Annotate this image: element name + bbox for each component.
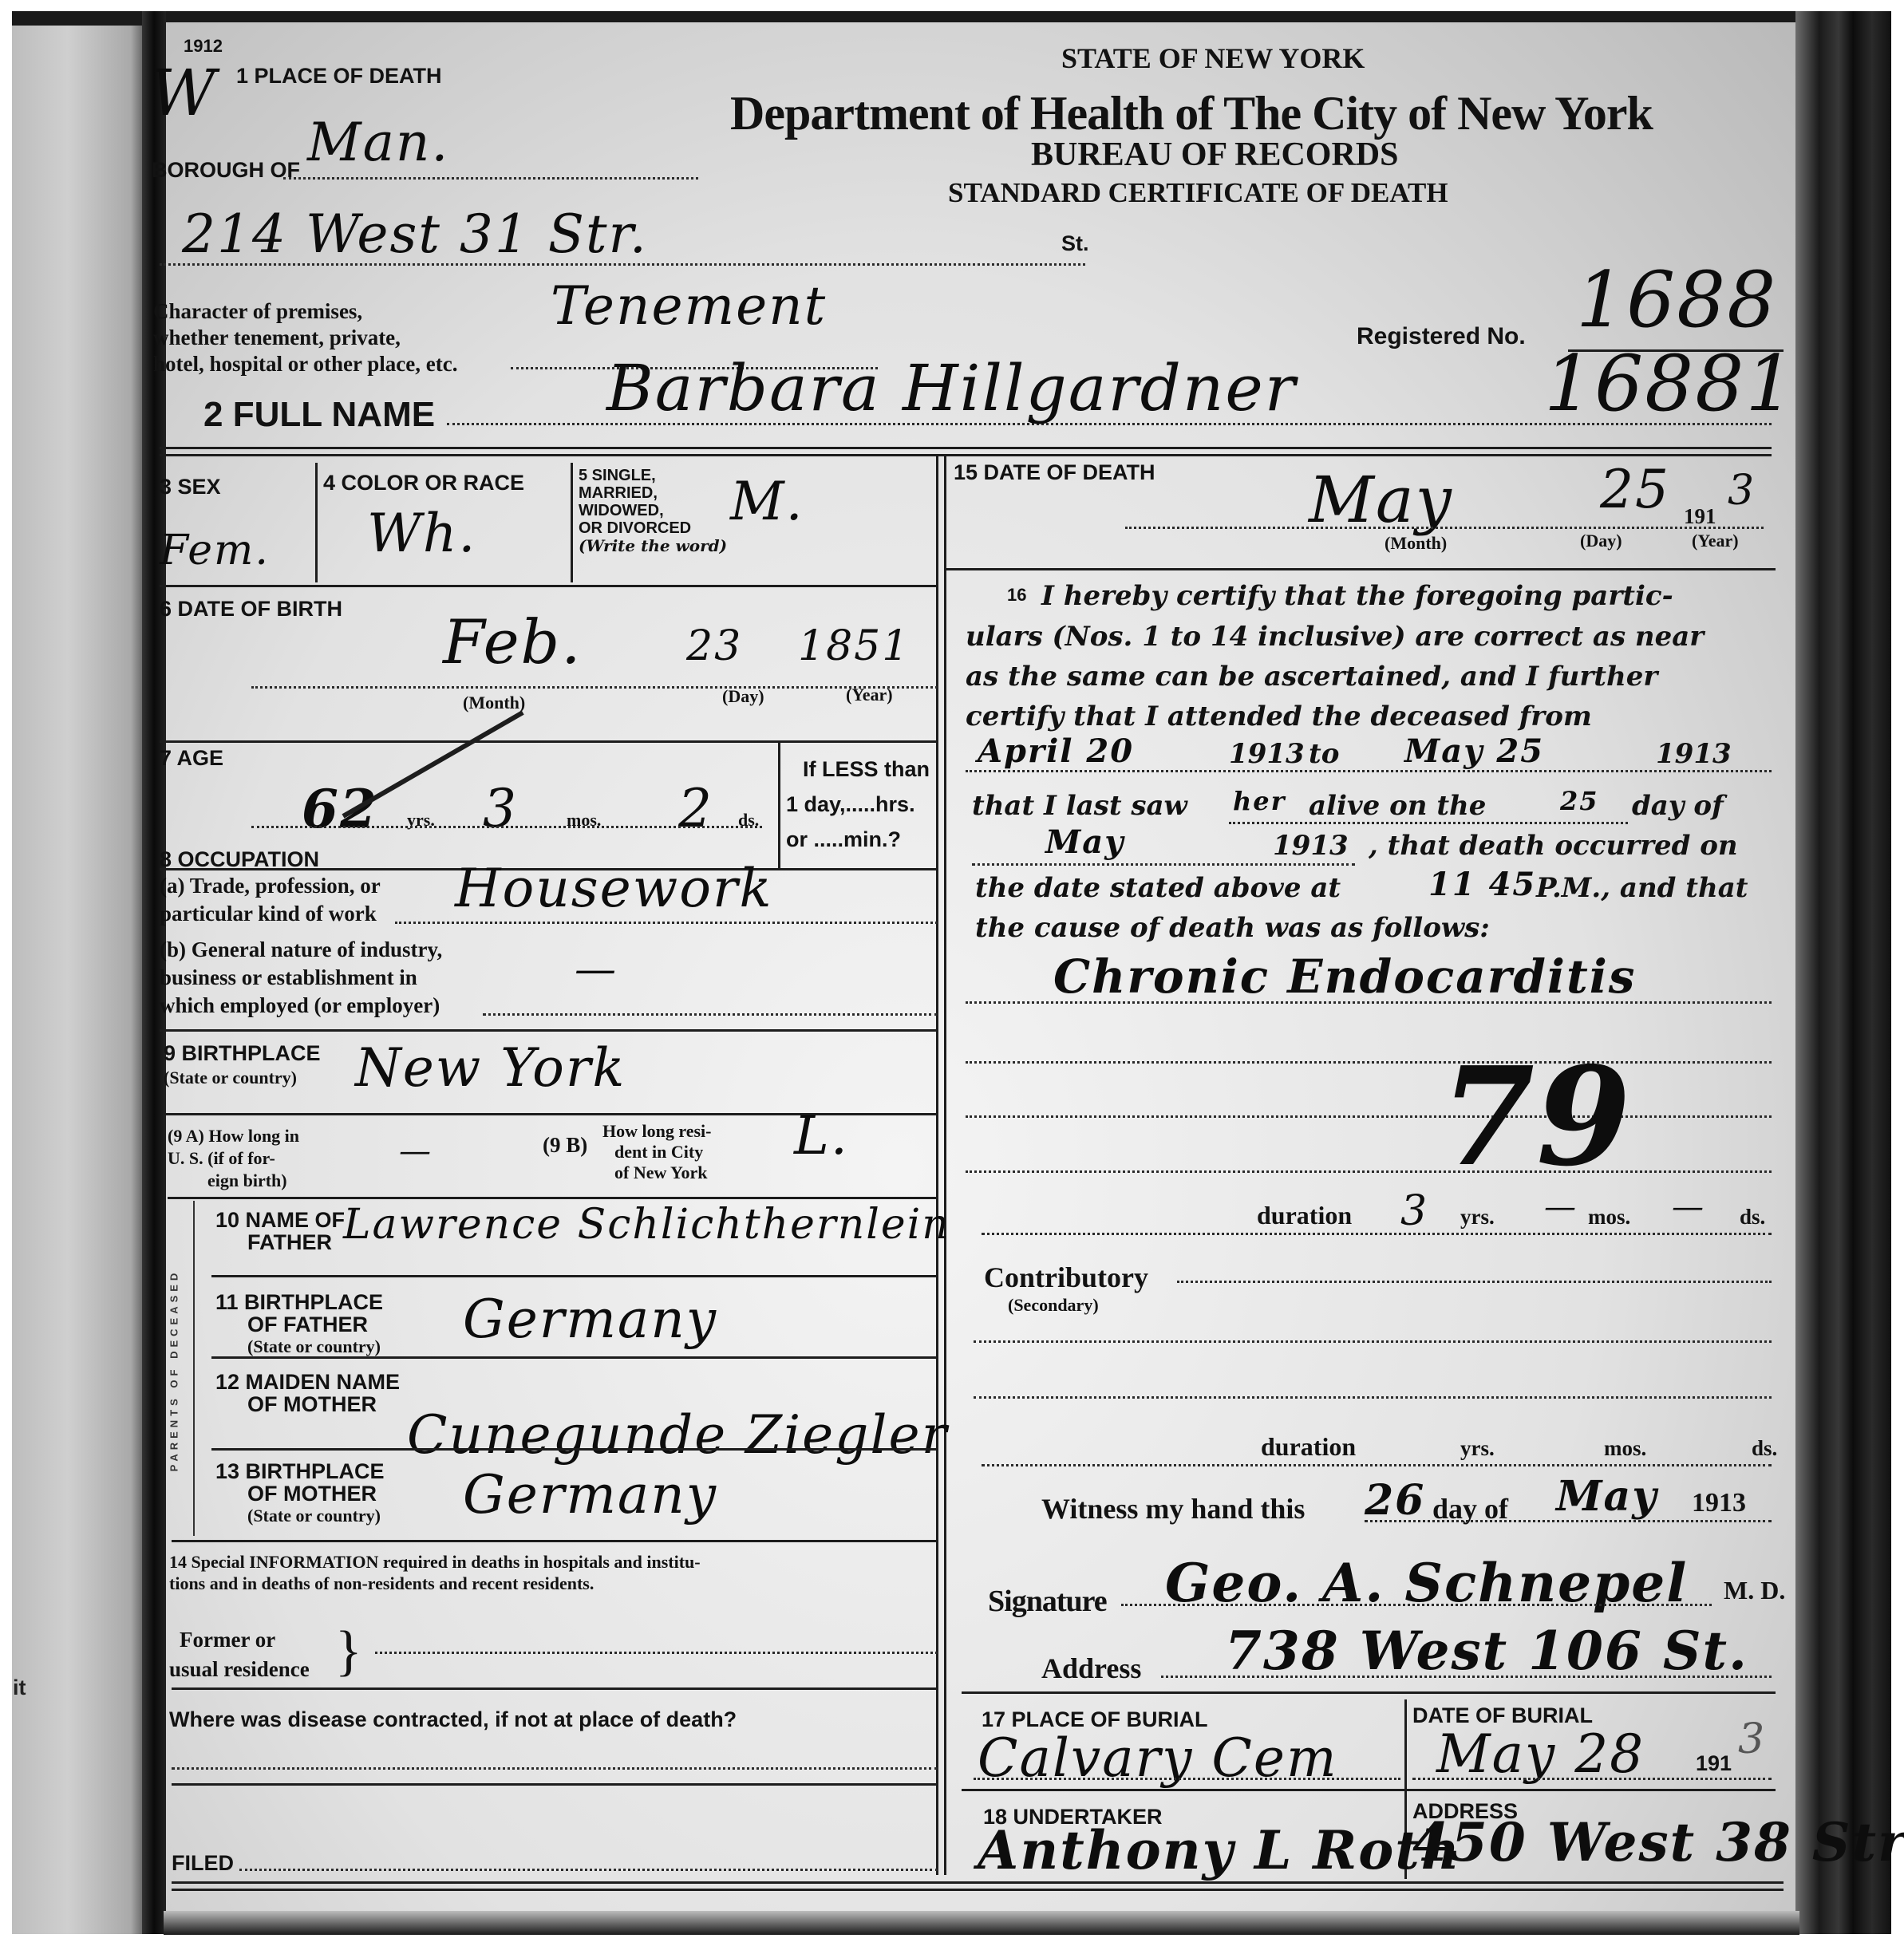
last-saw-label: that I last saw	[972, 790, 1187, 822]
row-divider	[160, 1029, 938, 1032]
cause-value: Chronic Endocarditis	[1053, 949, 1636, 1004]
address-label: Address	[1041, 1652, 1141, 1685]
department-heading: Department of Health of The City of New …	[730, 86, 1653, 141]
filed-label: FILED	[172, 1851, 234, 1876]
cause-underline-4	[966, 1170, 1772, 1173]
pm-label: P.M., and that	[1536, 872, 1748, 904]
alive-month: May	[1045, 823, 1124, 861]
date-of-burial-year-prefix: 191	[1696, 1751, 1732, 1776]
row-divider	[172, 1540, 938, 1542]
duration-months: —	[1544, 1189, 1578, 1226]
witness-day: 26	[1365, 1476, 1425, 1525]
marital-label-line: MARRIED,	[579, 484, 727, 502]
witness-underline	[1365, 1520, 1772, 1522]
borough-label: BOROUGH OF	[152, 158, 300, 183]
dob-day: 23	[686, 622, 742, 670]
date-of-death-year-suffix: 3	[1728, 467, 1756, 515]
dob-year: 1851	[798, 622, 910, 670]
color-divider	[571, 463, 573, 582]
date-of-death-day-caption: (Day)	[1580, 531, 1622, 551]
occupation-a-underline	[395, 922, 938, 924]
contracted-underline	[172, 1767, 938, 1770]
address-underline	[1161, 1676, 1772, 1678]
dob-month-caption: (Month)	[463, 693, 525, 713]
row-divider	[160, 740, 938, 743]
borough-value: Man.	[307, 112, 449, 173]
scan-right-edge	[1795, 11, 1891, 1934]
last-saw-underline	[1229, 822, 1628, 824]
city-duration-line: of New York	[602, 1162, 711, 1183]
certification-line-2: ulars (Nos. 1 to 14 inclusive) are corre…	[966, 621, 1704, 653]
certification-line-4: certify that I attended the deceased fro…	[966, 701, 1592, 732]
street-underline	[160, 263, 1085, 266]
premises-label-1: Character of premises,	[153, 299, 362, 324]
less-than-line: 1 day,.....hrs.	[786, 787, 930, 822]
cause-label: the cause of death was as follows:	[975, 912, 1490, 944]
date-of-death-day: 25	[1600, 459, 1670, 520]
witness-year: 1913	[1692, 1488, 1746, 1518]
margin-code: 79	[1440, 1037, 1633, 1197]
special-info-line-1: 14 Special INFORMATION required in death…	[169, 1552, 701, 1573]
attended-from-year: 1913	[1229, 738, 1305, 770]
date-of-burial-underline	[1412, 1778, 1772, 1780]
registered-no-1: 1688	[1576, 255, 1777, 345]
cause-underline-1	[966, 1001, 1772, 1004]
premises-label-2: whether tenement, private,	[153, 326, 401, 350]
occupation-b-label-2: business or establishment in	[160, 965, 417, 990]
city-duration-line: dent in City	[602, 1142, 711, 1162]
mother-birthplace-value: Germany	[463, 1464, 717, 1526]
row-divider	[962, 1789, 1776, 1791]
father-birthplace-label-line: (State or country)	[215, 1336, 383, 1358]
us-duration-value: —	[399, 1133, 433, 1170]
alive-year: 1913	[1273, 830, 1349, 862]
birthplace-value: New York	[355, 1037, 626, 1099]
stated-label: the date stated above at	[975, 872, 1341, 904]
undertaker-address-value: 450 West 38 Str.	[1412, 1811, 1904, 1873]
city-duration-label: How long resi- dent in City of New York	[602, 1121, 711, 1183]
row-divider	[160, 585, 938, 587]
us-duration-line: (9 A) How long in	[168, 1125, 299, 1147]
undertaker-value: Anthony L Roth	[978, 1819, 1461, 1881]
dob-year-caption: (Year)	[846, 685, 893, 705]
row-divider	[172, 1687, 938, 1690]
time-value: 11 45	[1428, 866, 1536, 903]
occupation-b-underline	[483, 1013, 938, 1016]
mother-maiden-label: 12 MAIDEN NAME OF MOTHER	[215, 1371, 400, 1415]
father-birthplace-value: Germany	[463, 1289, 717, 1350]
attended-from-value: April 20	[978, 732, 1134, 770]
occupation-a-label-2: particular kind of work	[160, 902, 377, 926]
mother-maiden-label-line: 12 MAIDEN NAME	[215, 1371, 400, 1393]
duration2-label: duration	[1261, 1432, 1356, 1462]
duration-mos-label: mos.	[1588, 1205, 1630, 1230]
full-name-label: 2 FULL NAME	[203, 395, 435, 435]
occupation-b-value: —	[575, 945, 618, 993]
city-duration-prefix: (9 B)	[543, 1133, 587, 1158]
state-heading: STATE OF NEW YORK	[1061, 41, 1365, 75]
occupation-a-value: Housework	[455, 858, 773, 919]
attended-to-year: 1913	[1656, 738, 1732, 770]
last-saw-value: her	[1233, 786, 1286, 816]
sex-label: 3 SEX	[160, 475, 221, 499]
street-value: 214 West 31 Str.	[182, 203, 648, 265]
age-less-than: If LESS than 1 day,.....hrs. or .....min…	[786, 752, 930, 857]
date-of-death-year-prefix: 191	[1684, 504, 1716, 529]
footer-divider	[172, 1881, 1784, 1891]
certification-line-1: I hereby certify that the foregoing part…	[1041, 580, 1673, 612]
former-residence-brace: }	[335, 1620, 362, 1684]
scan-bottom-edge	[164, 1911, 1799, 1935]
former-residence-underline	[375, 1652, 938, 1654]
contributory-underline-3	[974, 1396, 1772, 1399]
registered-no-2: 16881	[1544, 339, 1795, 428]
alive-label: alive on the	[1309, 790, 1486, 822]
date-of-death-label: 15 DATE OF DEATH	[954, 460, 1155, 485]
alive-month-underline	[972, 863, 1355, 866]
bureau-heading: BUREAU OF RECORDS	[1031, 136, 1398, 174]
mother-maiden-value: Cunegunde Ziegler	[407, 1404, 948, 1466]
duration2-ds-label: ds.	[1752, 1436, 1777, 1461]
father-birthplace-label-line: 11 BIRTHPLACE	[215, 1291, 383, 1313]
dob-label: 6 DATE OF BIRTH	[160, 597, 342, 622]
row-divider	[946, 568, 1776, 570]
mother-birthplace-label: 13 BIRTHPLACE OF MOTHER (State or countr…	[215, 1460, 385, 1527]
date-of-death-month-caption: (Month)	[1385, 533, 1447, 554]
less-than-line: or .....min.?	[786, 822, 930, 857]
marital-label: 5 SINGLE, MARRIED, WIDOWED, OR DIVORCED …	[579, 467, 727, 555]
premises-label-3: hotel, hospital or other place, etc.	[153, 352, 457, 377]
city-duration-line: How long resi-	[602, 1121, 711, 1142]
duration2-underline	[982, 1464, 1772, 1466]
city-duration-value: L.	[794, 1105, 849, 1166]
occupation-b-label-1: (b) General nature of industry,	[160, 937, 442, 962]
premises-value: Tenement	[551, 275, 827, 337]
adjacent-page-fragment: it	[13, 1676, 26, 1700]
street-suffix: St.	[1061, 231, 1089, 256]
marital-label-line: OR DIVORCED	[579, 519, 727, 537]
father-name-label-line: FATHER	[215, 1231, 345, 1253]
alive-day: 25	[1560, 786, 1599, 816]
duration-underline	[982, 1233, 1772, 1235]
column-divider	[936, 455, 946, 1875]
duration-ds-label: ds.	[1740, 1205, 1765, 1230]
header-divider	[160, 447, 1772, 456]
age-label: 7 AGE	[160, 746, 223, 771]
occupation-a-label-1: (a) Trade, profession, or	[160, 874, 381, 898]
corner-stamp: 1912	[184, 36, 223, 57]
row-divider	[211, 1275, 938, 1277]
row-divider	[211, 1448, 938, 1451]
birthplace-sublabel: (State or country)	[164, 1068, 297, 1088]
registered-no-label: Registered No.	[1357, 323, 1526, 350]
father-name-label: 10 NAME OF FATHER	[215, 1209, 345, 1253]
mother-birthplace-label-line: (State or country)	[215, 1505, 385, 1527]
marital-label-line: WIDOWED,	[579, 502, 727, 519]
father-birthplace-label: 11 BIRTHPLACE OF FATHER (State or countr…	[215, 1291, 383, 1358]
certification-line-3: as the same can be ascertained, and I fu…	[966, 661, 1657, 693]
contracted-label: Where was disease contracted, if not at …	[169, 1707, 737, 1732]
cause-underline-2	[966, 1061, 1772, 1064]
mother-birthplace-label-line: OF MOTHER	[215, 1482, 385, 1505]
former-residence-label-1: Former or	[180, 1628, 275, 1652]
age-months: 3	[483, 778, 518, 839]
father-name-value: Lawrence Schlichthernlein	[343, 1201, 950, 1249]
occupation-b-label-3: which employed (or employer)	[160, 993, 440, 1018]
duration2-mos-label: mos.	[1604, 1436, 1646, 1461]
less-than-line: If LESS than	[786, 752, 930, 787]
marital-label-line: (Write the word)	[579, 537, 727, 555]
age-years: 62	[302, 778, 378, 840]
special-info-line-2: tions and in deaths of non-residents and…	[169, 1573, 594, 1594]
adjacent-page-strip	[12, 11, 152, 1934]
dob-underline	[251, 686, 938, 689]
occurred-label: , that death occurred on	[1369, 830, 1738, 862]
row-divider	[211, 1356, 938, 1359]
marital-value: M.	[730, 471, 804, 532]
contributory-underline-2	[974, 1340, 1772, 1343]
father-birthplace-label-line: OF FATHER	[215, 1313, 383, 1336]
father-name-label-line: 10 NAME OF	[215, 1209, 345, 1231]
row-divider	[168, 1197, 938, 1199]
attended-to-value: May 25	[1404, 732, 1544, 770]
duration2-yrs-label: yrs.	[1460, 1436, 1495, 1461]
borough-underline	[283, 177, 698, 180]
witness-month: May	[1556, 1472, 1657, 1521]
age-days: 2	[678, 778, 713, 839]
row-divider	[962, 1691, 1776, 1694]
day-of-label: day of	[1632, 790, 1724, 822]
us-duration-label: (9 A) How long in U. S. (if of for- eign…	[168, 1125, 299, 1192]
certification-number: 16	[1007, 585, 1026, 606]
attended-underline	[966, 770, 1772, 772]
certificate-type-heading: STANDARD CERTIFICATE OF DEATH	[948, 177, 1448, 209]
contributory-underline	[1177, 1281, 1772, 1283]
place-of-burial-underline	[974, 1778, 1400, 1780]
attended-to-label: to	[1309, 738, 1339, 770]
color-race-value: Wh.	[367, 503, 476, 564]
sex-divider	[315, 463, 318, 582]
cause-underline-3	[966, 1115, 1772, 1118]
secondary-label: (Secondary)	[1008, 1295, 1099, 1316]
age-underline	[251, 826, 762, 828]
dob-day-caption: (Day)	[722, 686, 764, 707]
signature-underline	[1121, 1604, 1712, 1606]
marital-label-line: 5 SINGLE,	[579, 467, 727, 484]
address-value: 738 West 106 St.	[1225, 1620, 1748, 1682]
witness-label: Witness my hand this	[1041, 1492, 1305, 1526]
date-of-burial-value: May 28	[1436, 1723, 1645, 1785]
date-of-burial-year-suffix: 3	[1738, 1715, 1766, 1763]
place-of-death-label: 1 PLACE OF DEATH	[236, 64, 442, 89]
mother-maiden-label-line: OF MOTHER	[215, 1393, 400, 1415]
occupation-label: 8 OCCUPATION	[160, 847, 319, 872]
duration-yrs-label: yrs.	[1460, 1205, 1495, 1230]
age-less-divider	[778, 742, 780, 870]
contributory-label: Contributory	[984, 1261, 1148, 1294]
mother-birthplace-label-line: 13 BIRTHPLACE	[215, 1460, 385, 1482]
date-of-death-underline	[1125, 527, 1764, 529]
sex-value: Fem.	[160, 527, 270, 574]
date-of-death-year-caption: (Year)	[1692, 531, 1739, 551]
former-residence-label-2: usual residence	[169, 1657, 310, 1682]
color-race-label: 4 COLOR OR RACE	[323, 471, 524, 495]
dob-month: Feb.	[443, 606, 582, 677]
duration-days: —	[1672, 1189, 1705, 1226]
row-divider	[172, 1783, 938, 1786]
duration-years: 3	[1400, 1187, 1428, 1235]
duration-label: duration	[1257, 1201, 1352, 1230]
us-duration-line: U. S. (if of for-	[168, 1147, 299, 1170]
signature-label: Signature	[988, 1584, 1107, 1619]
corner-mark: W	[150, 56, 217, 130]
birthplace-label: 9 BIRTHPLACE	[164, 1041, 321, 1066]
full-name-value: Barbara Hillgardner	[606, 351, 1297, 425]
parents-side-label: PARENTS OF DECEASED	[168, 1211, 180, 1530]
filed-underline	[239, 1869, 938, 1871]
md-label: M. D.	[1724, 1576, 1785, 1605]
us-duration-line: eign birth)	[168, 1170, 299, 1192]
